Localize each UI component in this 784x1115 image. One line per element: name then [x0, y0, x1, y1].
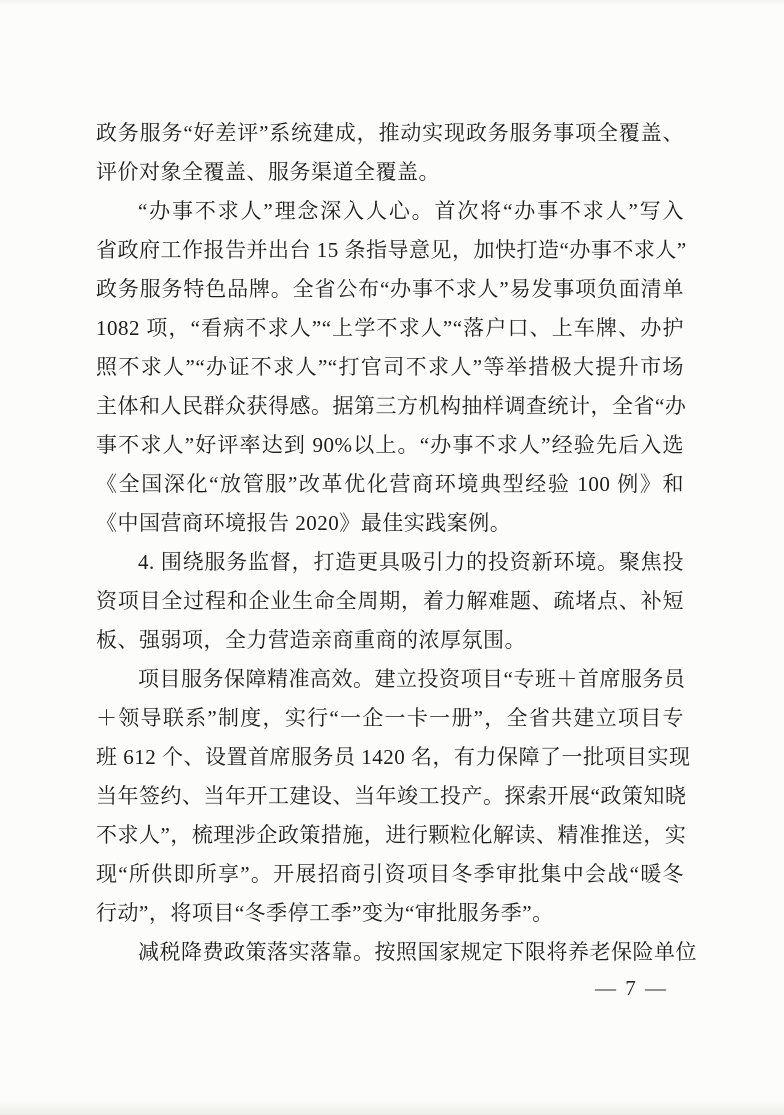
- document-page: 政务服务“好差评”系统建成，推动实现政务服务事项全覆盖、评价对象全覆盖、服务渠道…: [0, 0, 784, 1115]
- text-line: 行动”，将项目“冬季停工季”变为“审批服务季”。: [96, 894, 684, 933]
- text-line: 事不求人”好评率达到 90%以上。“办事不求人”经验先后入选: [96, 426, 684, 465]
- text-line: “办事不求人”理念深入人心。首次将“办事不求人”写入: [96, 192, 684, 231]
- text-line: 不求人”，梳理涉企政策措施，进行颗粒化解读、精准推送，实: [96, 816, 684, 855]
- text-line: 政务服务特色品牌。全省公布“办事不求人”易发事项负面清单: [96, 270, 684, 309]
- text-line: 资项目全过程和企业生命全周期，着力解难题、疏堵点、补短: [96, 582, 684, 621]
- document-text-block: 政务服务“好差评”系统建成，推动实现政务服务事项全覆盖、评价对象全覆盖、服务渠道…: [96, 114, 684, 972]
- text-line: 班 612 个、设置首席服务员 1420 名，有力保障了一批项目实现: [96, 738, 684, 777]
- text-line: 《全国深化“放管服”改革优化营商环境典型经验 100 例》和: [96, 465, 684, 504]
- text-line: 项目服务保障精准高效。建立投资项目“专班＋首席服务员: [96, 660, 684, 699]
- text-line: 1082 项，“看病不求人”“上学不求人”“落户口、上车牌、办护: [96, 309, 684, 348]
- text-line: ＋领导联系”制度，实行“一企一卡一册”，全省共建立项目专: [96, 699, 684, 738]
- text-line: 现“所供即所享”。开展招商引资项目冬季审批集中会战“暖冬: [96, 855, 684, 894]
- page-number: — 7 —: [595, 975, 668, 1001]
- text-line: 减税降费政策落实落靠。按照国家规定下限将养老保险单位: [96, 933, 684, 972]
- text-line: 板、强弱项，全力营造亲商重商的浓厚氛围。: [96, 621, 684, 660]
- text-line: 《中国营商环境报告 2020》最佳实践案例。: [96, 504, 684, 543]
- text-line: 4. 围绕服务监督，打造更具吸引力的投资新环境。聚焦投: [96, 543, 684, 582]
- text-line: 当年签约、当年开工建设、当年竣工投产。探索开展“政策知晓: [96, 777, 684, 816]
- text-line: 主体和人民群众获得感。据第三方机构抽样调查统计，全省“办: [96, 387, 684, 426]
- text-line: 省政府工作报告并出台 15 条指导意见，加快打造“办事不求人”: [96, 231, 684, 270]
- text-line: 照不求人”“办证不求人”“打官司不求人”等举措极大提升市场: [96, 348, 684, 387]
- text-line: 政务服务“好差评”系统建成，推动实现政务服务事项全覆盖、: [96, 114, 684, 153]
- text-line: 评价对象全覆盖、服务渠道全覆盖。: [96, 153, 684, 192]
